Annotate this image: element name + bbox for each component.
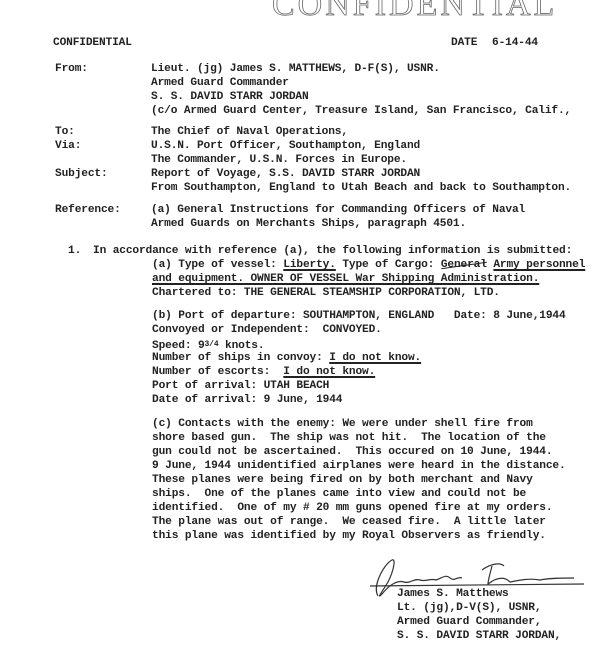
paragraph-number: 1.	[68, 245, 81, 258]
item-c-line: These planes were being fired on by both…	[152, 474, 533, 487]
document-page: CONFIDENTIAL CONFIDENTIAL DATE 6-14-44 F…	[0, 0, 600, 659]
signature-title: Armed Guard Commander,	[397, 616, 541, 629]
item-a-line-1: (a) Type of vessel: Liberty. Type of Car…	[152, 259, 585, 272]
item-c-line: identified. One of my # 20 mm guns opene…	[152, 502, 552, 515]
to-label: To:	[55, 126, 75, 139]
signature-ship: S. S. DAVID STARR JORDAN,	[397, 630, 561, 643]
item-c-line: ships. One of the planes came into view …	[152, 488, 526, 501]
item-b-departure: (b) Port of departure: SOUTHAMPTON, ENGL…	[152, 310, 566, 323]
subject-line: Report of Voyage, S.S. DAVID STARR JORDA…	[151, 168, 420, 181]
date-label: DATE	[451, 37, 477, 50]
to-line: The Chief of Naval Operations,	[151, 126, 348, 139]
struck-out-word: General	[441, 259, 487, 272]
from-line: Armed Guard Commander	[151, 77, 289, 90]
via-line: The Commander, U.S.N. Forces in Europe.	[151, 154, 407, 167]
item-c-line: The plane was out of range. We ceased fi…	[152, 516, 546, 529]
item-b-ships: Number of ships in convoy: I do not know…	[152, 352, 421, 365]
subject-line: From Southampton, England to Utah Beach …	[151, 182, 571, 195]
from-line: Lieut. (jg) James S. MATTHEWS, D-F(S), U…	[151, 63, 440, 76]
from-line: S. S. DAVID STARR JORDAN	[151, 91, 309, 104]
reference-line: Armed Guards on Merchants Ships, paragra…	[151, 218, 466, 231]
item-b-speed: Speed: 93/4 knots.	[152, 338, 264, 353]
via-line: U.S.N. Port Officer, Southampton, Englan…	[151, 140, 420, 153]
item-c-line: (c) Contacts with the enemy: We were und…	[152, 418, 533, 431]
svg-text:James S. Matthews: James S. Matthews	[410, 574, 418, 577]
item-c-line: 9 June, 1944 unidentified airplanes were…	[152, 460, 566, 473]
item-c-line: shore based gun. The ship was not hit. T…	[152, 432, 546, 445]
reference-line: (a) General Instructions for Commanding …	[151, 204, 525, 217]
from-label: From:	[55, 63, 88, 76]
classification-label: CONFIDENTIAL	[53, 37, 132, 50]
confidential-stamp: CONFIDENTIAL	[272, 0, 557, 24]
item-b-convoy: Convoyed or Independent: CONVOYED.	[152, 324, 382, 337]
date-value: 6-14-44	[492, 37, 538, 50]
paragraph-intro: In accordance with reference (a), the fo…	[93, 245, 572, 258]
item-a-line-2: and equipment. OWNER OF VESSEL War Shipp…	[152, 273, 539, 286]
signature-name: James S. Matthews	[397, 588, 509, 601]
vessel-type: Liberty.	[283, 259, 336, 271]
item-b-arrival-date: Date of arrival: 9 June, 1944	[152, 394, 342, 407]
cargo-value: Army personnel	[493, 259, 585, 271]
item-c-line: gun could not be ascertained. This occur…	[152, 446, 552, 459]
signature-rank: Lt. (jg),D-V(S), USNR,	[397, 602, 541, 615]
subject-label: Subject:	[55, 168, 108, 181]
item-c-line: this plane was identified by my Royal Ob…	[152, 530, 546, 543]
from-line: (c/o Armed Guard Center, Treasure Island…	[151, 105, 571, 118]
via-label: Via:	[55, 140, 81, 153]
item-b-escorts: Number of escorts: I do not know.	[152, 366, 375, 379]
owner-value: War Shipping Administration.	[355, 273, 539, 285]
item-b-arrival-port: Port of arrival: UTAH BEACH	[152, 380, 329, 393]
reference-label: Reference:	[55, 204, 121, 217]
item-a-charter: Chartered to: THE GENERAL STEAMSHIP CORP…	[152, 287, 500, 300]
